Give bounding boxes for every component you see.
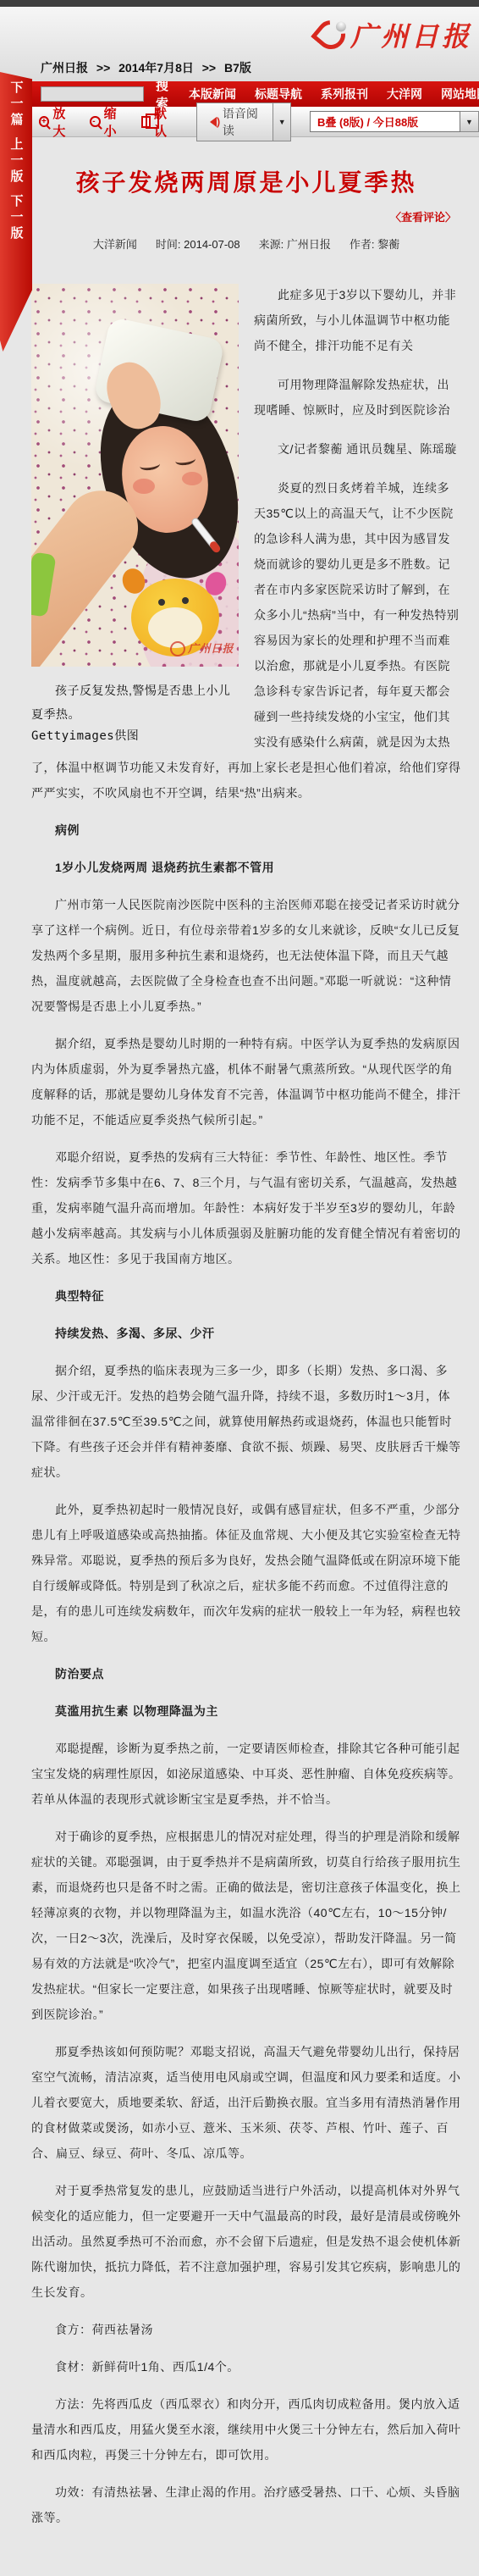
ribbon-next-article[interactable]: 下一篇 [8, 72, 25, 129]
zoom-out-button[interactable]: - 缩小 [90, 104, 127, 140]
article: 孩子发烧两周原是小儿夏季热 〈查看评论〉 大洋新闻 时间: 2014-07-08… [0, 164, 479, 2576]
pages-icon [141, 116, 151, 128]
article-paragraph: 此外，夏季热初起时一般情况良好，或偶有感冒症状，但多不严重，少部分患儿有上呼吸道… [31, 1497, 461, 1649]
meta-author: 作者: 黎蘅 [350, 235, 399, 252]
article-meta: 大洋新闻 时间: 2014-07-08 来源: 广州日报 作者: 黎蘅 [31, 235, 461, 252]
article-paragraph: 邓聪提醒，诊断为夏季热之前，一定要请医师检查，排除其它各种可能引起宝宝发烧的病理… [31, 1736, 461, 1812]
recipe-method: 方法：先将西瓜皮（西瓜翠衣）和肉分开，西瓜肉切成粒备用。煲内放入适量清水和西瓜皮… [31, 2391, 461, 2468]
logo-text: 广州日报 [350, 15, 472, 54]
ribbon-prev-page[interactable]: 上一版 [8, 129, 25, 186]
default-view-button[interactable]: 默认 [141, 104, 178, 140]
nav-item-title-nav[interactable]: 标题导航 [255, 86, 302, 102]
nav-item-page-news[interactable]: 本版新闻 [189, 86, 236, 102]
article-paragraph: 据介绍，夏季热是婴幼儿时期的一种特有病。中医学认为夏季热的发病原因内为体质虚弱，… [31, 1031, 461, 1133]
voice-reading-button[interactable]: 语音阅读 [196, 102, 274, 141]
section-header: 防治要点 [31, 1661, 461, 1687]
article-subhead: 1岁小儿发烧两周 退烧药抗生素都不管用 [31, 855, 461, 880]
breadcrumb: 广州日报 >> 2014年7月8日 >> B7版 [41, 59, 251, 76]
edition-select[interactable]: B叠 (8版) / 今日88版 [310, 111, 460, 132]
article-paragraph: 据介绍，夏季热的临床表现为三多一少，即多（长期）发热、多口渴、多尿、少汗或无汗。… [31, 1358, 461, 1485]
search-input[interactable] [41, 86, 144, 102]
photo-caption: 孩子反复发热,警惕是否患上小儿夏季热。 [31, 679, 239, 726]
article-photo-block: 广州日报 孩子反复发热,警惕是否患上小儿夏季热。 Gettyimages供图 [31, 284, 239, 746]
article-title: 孩子发烧两周原是小儿夏季热 [31, 164, 461, 198]
voice-reading-widget: 语音阅读 ▼ [196, 102, 291, 141]
edition-widget: B叠 (8版) / 今日88版 ▼ [310, 111, 479, 132]
masthead: 广州日报 广州日报 >> 2014年7月8日 >> B7版 [0, 7, 479, 81]
breadcrumb-date[interactable]: 2014年7月8日 [118, 61, 194, 75]
zoom-in-button[interactable]: + 放大 [39, 104, 76, 140]
speaker-icon [205, 117, 217, 127]
nav-item-dayoo[interactable]: 大洋网 [387, 86, 422, 102]
meta-source: 大洋新闻 [93, 235, 137, 252]
section-header: 病例 [31, 817, 461, 843]
nav-items: 本版新闻 标题导航 系列报刊 大洋网 网站地图 [189, 86, 479, 102]
top-bar [0, 0, 479, 7]
newspaper-logo: 广州日报 [317, 15, 472, 54]
view-comments-link[interactable]: 〈查看评论〉 [390, 211, 456, 224]
nav-item-series[interactable]: 系列报刊 [321, 86, 368, 102]
article-body: 广州日报 孩子反复发热,警惕是否患上小儿夏季热。 Gettyimages供图 此… [31, 282, 461, 2542]
breadcrumb-separator: >> [202, 61, 216, 75]
recipe-effect: 功效：有清热祛暑、生津止渴的作用。治疗感受暑热、口干、心烦、头昏脑涨等。 [31, 2479, 461, 2530]
edition-dropdown-arrow[interactable]: ▼ [460, 111, 479, 132]
meta-origin: 来源: 广州日报 [259, 235, 331, 252]
article-subhead: 持续发热、多渴、多尿、少汗 [31, 1321, 461, 1346]
toolbar: + 放大 - 缩小 默认 语音阅读 ▼ B叠 (8版) / 今日88版 ▼ [0, 107, 479, 137]
ribbon-next-page[interactable]: 下一版 [8, 186, 25, 242]
photo-credit: Gettyimages供图 [31, 726, 239, 746]
photo-toy-eye [158, 599, 165, 606]
logo-ball-icon [333, 19, 348, 34]
photo-cheek [133, 479, 155, 494]
breadcrumb-site[interactable]: 广州日报 [41, 61, 88, 75]
recipe-name: 食方：荷西祛暑汤 [31, 2317, 461, 2342]
logo-swoosh-icon [311, 14, 351, 55]
article-paragraph: 那夏季热该如何预防呢？邓聪支招说，高温天气避免带婴幼儿出行，保持居室空气流畅，清… [31, 2039, 461, 2166]
photo-toy-eye [182, 597, 189, 604]
breadcrumb-separator: >> [96, 61, 110, 75]
photo-cheek [182, 472, 202, 485]
article-paragraph: 广州市第一人民医院南沙医院中医科的主治医师邓聪在接受记者采访时就分享了这样一个病… [31, 892, 461, 1019]
nav-item-sitemap[interactable]: 网站地图 [441, 86, 479, 102]
recipe-ingredients: 食材：新鲜荷叶1角、西瓜1/4个。 [31, 2354, 461, 2379]
article-paragraph: 邓聪介绍说，夏季热的发病有三大特征：季节性、年龄性、地区性。季节性：发病季节多集… [31, 1144, 461, 1271]
section-header: 典型特征 [31, 1283, 461, 1309]
article-photo: 广州日报 [31, 284, 239, 667]
breadcrumb-page[interactable]: B7版 [224, 61, 251, 75]
photo-watermark: 广州日报 [170, 636, 234, 662]
article-paragraph: 对于确诊的夏季热，应根据患儿的情况对症处理，得当的护理是消除和缓解症状的关键。邓… [31, 1824, 461, 2027]
article-paragraph: 对于夏季热常复发的患儿，应鼓励适当进行户外活动，以提高机体对外界气候变化的适应能… [31, 2178, 461, 2305]
voice-dropdown-arrow[interactable]: ▼ [273, 102, 291, 141]
magnifier-plus-icon: + [39, 116, 49, 127]
magnifier-minus-icon: - [90, 116, 100, 127]
meta-time: 时间: 2014-07-08 [156, 235, 240, 252]
article-subhead: 莫滥用抗生素 以物理降温为主 [31, 1698, 461, 1724]
